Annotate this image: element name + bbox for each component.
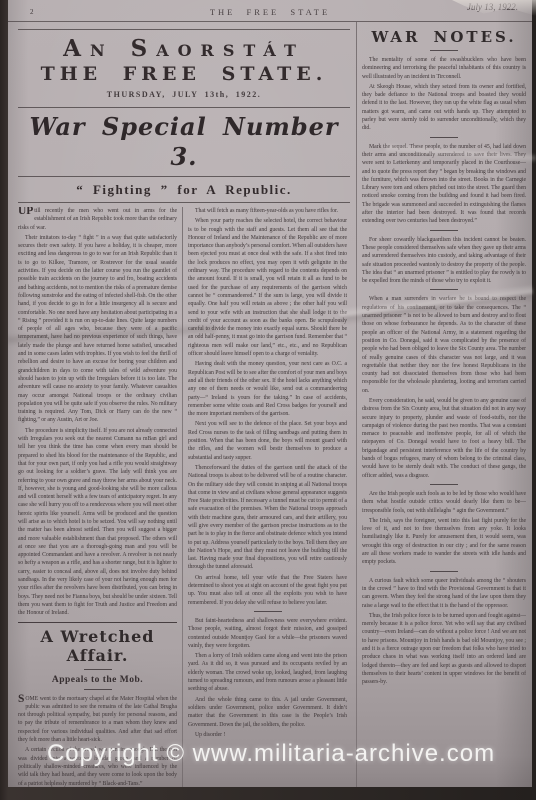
rule [18, 176, 350, 177]
paragraph: When a man surrenders in warfare he is b… [362, 295, 526, 395]
paragraph: Every consideration, he said, would be g… [362, 397, 526, 480]
header-date: July 13, 1922. [467, 2, 518, 12]
masthead-dateline: THURSDAY, JULY 13th, 1922. [18, 90, 350, 99]
paragraph: The procedure is simplicity itself. If y… [18, 427, 177, 618]
paragraph: Mark the sequel. These people, to the nu… [362, 143, 526, 226]
paragraph: When your party reaches the selected hot… [188, 217, 347, 358]
paragraph: And the whole thing came to this. A jail… [188, 696, 347, 729]
war-notes-paragraphs: The mentality of some of the swashbuckle… [362, 56, 526, 686]
separator-rule [84, 689, 112, 690]
page-body: An Saorstát THE FREE STATE. THURSDAY, JU… [8, 22, 532, 787]
paragraph: The mentality of some of the swashbuckle… [362, 56, 526, 81]
article-columns: UP till recently the men who went out in… [18, 207, 350, 787]
paragraph: The Irish, says the foreigner, went into… [362, 517, 526, 567]
rule [18, 29, 350, 30]
appeals-subtitle: Appeals to the Mob. [18, 675, 177, 685]
paragraph: Having dealt with the money question, yo… [188, 360, 347, 418]
paragraph: That will fetch as many fifteen-year-old… [188, 207, 347, 215]
article-column-left: UP till recently the men who went out in… [18, 207, 177, 787]
column-divider [182, 207, 183, 787]
separator-rule [430, 484, 458, 485]
separator-rule [430, 137, 458, 138]
paragraph: Thenceforward the duties of the garrison… [188, 464, 347, 572]
rule [18, 202, 350, 203]
rule [18, 107, 350, 108]
paragraph: On arrival home, tell your wife that the… [188, 574, 347, 607]
paragraph: Their imitators to-day “ fight ” in a wa… [18, 234, 177, 425]
paragraph: Then a lorry of Irish soldiers came alon… [188, 652, 347, 693]
photograph-background: 2 THE FREE STATE July 13, 1922. An Saors… [0, 0, 536, 800]
article-column-middle: That will fetch as many fifteen-year-old… [188, 207, 347, 787]
paragraph: Thus, the Irish police force is to be tu… [362, 612, 526, 687]
paragraph: Next you will see to the defence of the … [188, 420, 347, 461]
section-divider-rule [18, 622, 177, 623]
masthead-english-title: THE FREE STATE. [18, 62, 350, 86]
wretched-paragraphs: SOME went to the mortuary chapel at the … [18, 695, 177, 787]
paragraph: SOME went to the mortuary chapel at the … [18, 695, 177, 745]
page-header: 2 THE FREE STATE July 13, 1922. [8, 0, 532, 22]
column-divider [356, 22, 357, 787]
paragraph: A certain section of the crowd was genui… [18, 746, 177, 787]
running-title: THE FREE STATE [8, 7, 532, 17]
main-article-section: An Saorstát THE FREE STATE. THURSDAY, JU… [18, 22, 350, 787]
separator-rule [254, 611, 282, 612]
war-notes-title: WAR NOTES. [362, 28, 526, 46]
war-special-heading: War Special Number 3. [18, 112, 350, 172]
paragraph: A curious fault which some queer individ… [362, 577, 526, 610]
separator-rule [84, 669, 112, 670]
paragraph: Are the Irish people such fools as to be… [362, 490, 526, 515]
masthead: An Saorstát THE FREE STATE. THURSDAY, JU… [18, 32, 350, 105]
separator-rule [430, 230, 458, 231]
paragraph: UP till recently the men who went out in… [18, 207, 177, 232]
separator-rule [430, 571, 458, 572]
article-left-paragraphs: UP till recently the men who went out in… [18, 207, 177, 618]
paragraph: Up disorder ! [188, 731, 347, 739]
separator-rule [430, 50, 458, 51]
drop-cap: UP [18, 207, 34, 216]
paragraph: At Skeogh House, which they seized from … [362, 83, 526, 133]
separator-rule [430, 289, 458, 290]
paragraph: But faint-heartedness and shallowness we… [188, 617, 347, 650]
newspaper-page: 2 THE FREE STATE July 13, 1922. An Saors… [8, 0, 532, 787]
fighting-subheading: “ Fighting ” for A Republic. [18, 182, 350, 198]
paragraph: For sheer cowardly blackguardism this in… [362, 236, 526, 286]
drop-cap: S [18, 695, 25, 704]
masthead-gaelic-title: An Saorstát [18, 35, 350, 62]
war-notes-column: WAR NOTES. The mentality of some of the … [362, 22, 526, 787]
wretched-affair-title: A Wretched Affair. [18, 627, 177, 665]
